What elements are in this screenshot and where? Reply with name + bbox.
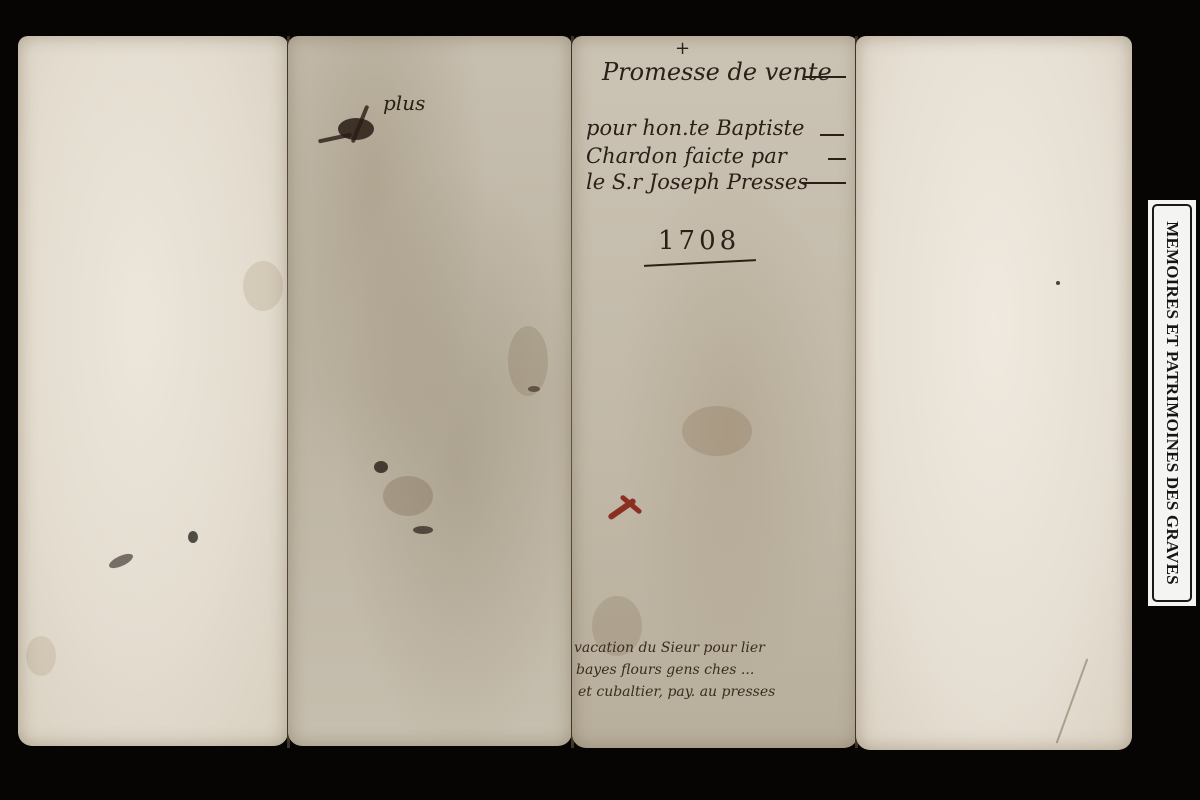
title-line-3: le S.r Joseph Presses bbox=[586, 170, 808, 194]
ink-spot bbox=[107, 551, 135, 571]
paper-stain bbox=[682, 406, 752, 456]
ink-spot bbox=[374, 461, 388, 473]
panel-right-blank bbox=[856, 36, 1132, 750]
archive-label-border: MEMOIRES ET PATRIMOINES DES GRAVES bbox=[1152, 204, 1192, 602]
ink-stroke bbox=[351, 105, 370, 144]
line-dash bbox=[820, 134, 844, 136]
panel-left-blank bbox=[18, 36, 288, 746]
line-dash bbox=[828, 158, 846, 160]
title-line-2: Chardon faicte par bbox=[586, 144, 787, 168]
ink-dot bbox=[1056, 281, 1060, 285]
archive-label-text: MEMOIRES ET PATRIMOINES DES GRAVES bbox=[1162, 221, 1182, 585]
year-underline bbox=[644, 259, 756, 267]
panel-title: + Promesse de vente pour hon.te Baptiste… bbox=[572, 36, 858, 748]
title-line-1: pour hon.te Baptiste bbox=[586, 116, 804, 140]
document-title: Promesse de vente bbox=[602, 58, 832, 86]
ink-blot bbox=[338, 118, 374, 140]
document-year: 1708 bbox=[658, 226, 740, 256]
marginal-note: plus bbox=[383, 91, 425, 115]
bottom-note-line-1: vacation du Sieur pour lier bbox=[574, 640, 765, 656]
paper-stain bbox=[508, 326, 548, 396]
bottom-note-line-3: et cubaltier, pay. au presses bbox=[578, 684, 775, 700]
paper-stain bbox=[26, 636, 56, 676]
archive-label: MEMOIRES ET PATRIMOINES DES GRAVES bbox=[1148, 200, 1196, 606]
ink-spot bbox=[188, 531, 198, 543]
line-dash bbox=[802, 182, 846, 184]
ink-spot bbox=[413, 526, 433, 534]
paper-crease bbox=[1056, 658, 1089, 743]
bottom-note-line-2: bayes flours gens ches ... bbox=[576, 662, 754, 678]
panel-second: plus bbox=[288, 36, 572, 746]
paper-stain bbox=[383, 476, 433, 516]
document-photo: plus + Promesse de vente pour hon.te Bap… bbox=[0, 0, 1200, 800]
paper-stain bbox=[243, 261, 283, 311]
cross-mark: + bbox=[675, 38, 690, 59]
title-dash bbox=[804, 76, 846, 78]
ink-spot bbox=[528, 386, 540, 392]
ink-stroke bbox=[318, 133, 352, 144]
